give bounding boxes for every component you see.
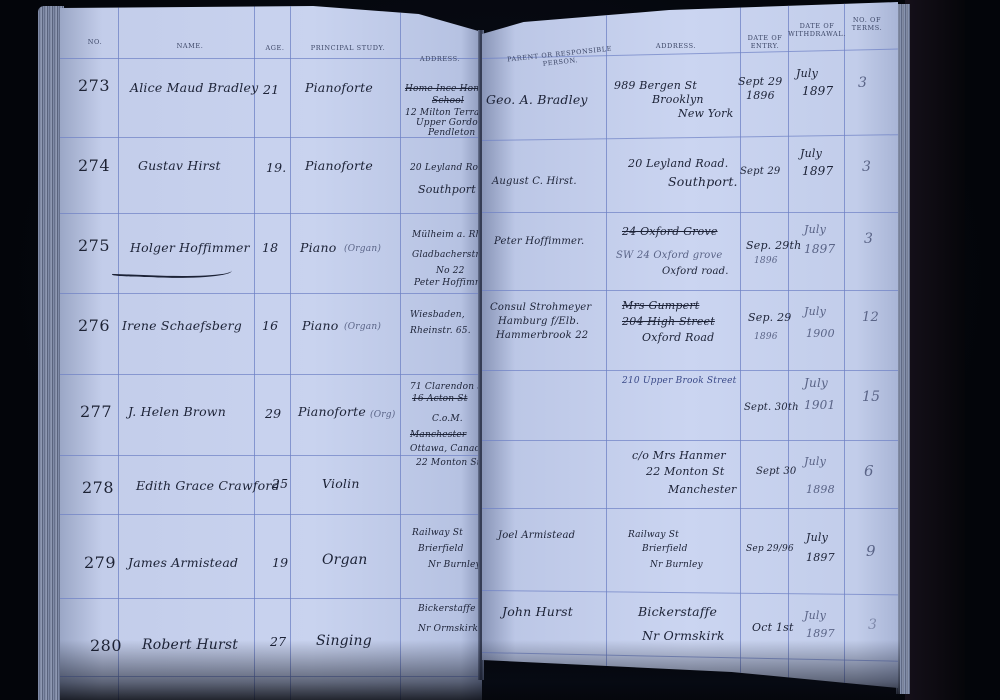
withdrawal-date: July	[806, 532, 828, 543]
parent-address-line: 210 Upper Brook Street	[622, 376, 736, 387]
address-line: 16 Acton St	[412, 394, 468, 405]
ruling-row	[60, 293, 482, 294]
ruling-row	[482, 134, 898, 141]
withdrawal-year: 1897	[804, 244, 835, 255]
header-date-of-entry: Date of Entry.	[744, 34, 786, 50]
withdrawal-date: July	[804, 378, 828, 389]
withdrawal-date: July	[804, 306, 826, 317]
withdrawal-year: 1897	[806, 628, 835, 639]
withdrawal-date: July	[804, 456, 826, 467]
study-note: (Org)	[370, 410, 395, 421]
parent-address-line: Hamburg f/Elb.	[498, 316, 579, 327]
address-line: School	[432, 96, 464, 107]
ruling-row	[60, 455, 482, 456]
student-name: James Armistead	[128, 555, 238, 570]
withdrawal-year: 1901	[804, 400, 835, 411]
student-age: 21	[263, 82, 279, 97]
principal-study: Singing	[316, 634, 372, 649]
ruling-row	[60, 598, 482, 599]
terms-count: 6	[864, 464, 874, 479]
address-line: Bickerstaffe	[418, 604, 476, 615]
address-line: No 22	[436, 266, 465, 277]
address-line: Ottawa, Canada	[410, 444, 482, 455]
parent-address-line: 989 Bergen St	[614, 80, 697, 91]
entry-date: Sept 30	[756, 466, 797, 477]
student-name: Irene Schaefsberg	[122, 318, 242, 333]
ruling-row	[482, 290, 898, 291]
ruling-name	[254, 0, 255, 700]
student-name: Holger Hoffimmer	[130, 240, 250, 255]
address-line: 20 Leyland Road	[410, 163, 482, 174]
parent-name: Geo. A. Bradley	[486, 92, 588, 107]
entry-date: Sep 29/96	[746, 544, 794, 555]
header-parent: Parent or Responsible Person.	[490, 43, 631, 74]
withdrawal-year: 1897	[802, 166, 833, 177]
header-no: No.	[80, 38, 110, 46]
address-line: Peter Hoffimmer	[414, 278, 482, 289]
entry-date-year: 1896	[754, 256, 778, 267]
student-name: Alice Maud Bradley	[130, 80, 258, 95]
address-line: Railway St	[412, 528, 463, 539]
parent-address-line: New York	[678, 108, 734, 119]
terms-count: 9	[866, 544, 876, 559]
ruling-address	[740, 0, 741, 700]
parent-address-line: Manchester	[668, 484, 737, 495]
parent-name: Consul Strohmeyer	[490, 302, 591, 313]
parent-address-line: Nr Burnley	[650, 560, 703, 571]
parent-address-line: 204 High Street	[622, 316, 715, 327]
entry-number: 280	[90, 636, 122, 655]
ledger-right-page: Parent or Responsible Person. Address. D…	[482, 0, 898, 700]
entry-date: Sep. 29th	[746, 240, 801, 251]
principal-study: Piano	[300, 240, 336, 255]
address-line: Home Ince Home	[405, 84, 482, 95]
ruling-row	[482, 370, 898, 371]
entry-date-year: 1896	[746, 90, 775, 101]
parent-name: Peter Hoffimmer.	[494, 236, 584, 247]
ruling-withdrawal	[844, 0, 845, 700]
header-principal-study: Principal Study.	[298, 44, 398, 52]
ruling-row	[60, 676, 482, 677]
entry-number: 275	[78, 236, 110, 255]
student-name: Robert Hurst	[142, 638, 238, 653]
parent-address-line: Southport.	[668, 174, 738, 189]
student-age: 25	[272, 476, 288, 491]
address-line: Nr Ormskirk	[418, 624, 478, 635]
ruling-row	[482, 508, 898, 509]
student-age: 27	[270, 634, 286, 649]
student-age: 16	[262, 318, 278, 333]
parent-name: Joel Armistead	[498, 530, 575, 541]
parent-address-line: Oxford Road	[642, 332, 714, 343]
page-edges-right	[896, 4, 910, 694]
address-line: Pendleton	[428, 128, 475, 139]
withdrawal-year: 1898	[806, 484, 835, 495]
entry-date: Sept. 30th	[744, 402, 799, 413]
header-name: Name.	[160, 42, 220, 50]
address-line: Brierfield	[418, 544, 464, 555]
entry-date: Sept 29	[740, 166, 781, 177]
terms-count: 3	[862, 160, 871, 175]
entry-date: Sept 29	[738, 76, 782, 87]
address-line: Mülheim a. Rh.	[412, 230, 482, 241]
parent-address-line: 24 Oxford Grove	[622, 226, 718, 237]
principal-study: Organ	[322, 553, 368, 568]
entry-number: 277	[80, 402, 112, 421]
parent-address-line: Railway St	[628, 530, 679, 541]
header-address: Address.	[410, 55, 470, 63]
parent-address-line: Bickerstaffe	[638, 604, 717, 619]
address-line: Rheinstr. 65.	[410, 326, 471, 337]
ruling-no	[118, 0, 119, 700]
principal-study: Violin	[322, 476, 360, 491]
terms-count: 15	[862, 390, 880, 405]
withdrawal-date: July	[800, 148, 822, 159]
ruling-row	[60, 137, 482, 138]
parent-address-line: Brierfield	[642, 544, 688, 555]
ruling-row	[60, 213, 482, 214]
student-age: 29	[265, 406, 281, 421]
withdrawal-year: 1897	[806, 552, 835, 563]
header-no-of-terms: No. of Terms.	[846, 16, 888, 32]
parent-address-line: Oxford road.	[662, 266, 729, 277]
parent-name: John Hurst	[502, 604, 573, 619]
ruling-row	[482, 440, 898, 441]
ruling-study	[400, 0, 401, 700]
ruling-row	[482, 652, 898, 662]
terms-count: 3	[864, 232, 873, 247]
withdrawal-year: 1900	[806, 328, 835, 339]
header-age: Age.	[260, 44, 290, 52]
terms-count: 3	[858, 76, 867, 91]
entry-number: 274	[78, 156, 110, 175]
ruling-row	[482, 590, 898, 595]
terms-count: 12	[862, 310, 879, 325]
ledger-left-page: No. Name. Age. Principal Study. Address.…	[60, 0, 482, 700]
ruling-row	[60, 514, 482, 515]
entry-number: 278	[82, 478, 114, 497]
entry-number: 273	[78, 76, 110, 95]
withdrawal-date: July	[804, 224, 826, 235]
address-line: Southport	[418, 184, 476, 195]
withdrawal-year: 1897	[802, 86, 833, 97]
ruling-parent	[606, 0, 607, 700]
book-cover-right	[905, 0, 965, 700]
parent-address-line: 22 Monton St	[646, 466, 724, 477]
study-note: (Organ)	[344, 244, 381, 255]
student-name: J. Helen Brown	[128, 404, 226, 419]
student-name: Gustav Hirst	[138, 158, 221, 173]
signature-flourish	[112, 260, 232, 280]
student-name: Edith Grace Crawford	[136, 478, 280, 493]
entry-date-year: 1896	[754, 332, 778, 343]
address-line: 22 Monton St	[416, 458, 481, 469]
parent-address-line: Brooklyn	[652, 94, 704, 105]
address-line: Gladbacherstrasse	[412, 250, 482, 261]
address-line: Manchester	[410, 430, 466, 441]
principal-study: Piano	[302, 318, 338, 333]
terms-count: 3	[868, 618, 877, 633]
address-line: Wiesbaden,	[410, 310, 465, 321]
entry-number: 279	[84, 553, 116, 572]
student-age: 19	[272, 555, 288, 570]
parent-address-line: SW 24 Oxford grove	[616, 250, 723, 261]
principal-study: Pianoforte	[305, 158, 373, 173]
entry-number: 276	[78, 316, 110, 335]
parent-address-line: Nr Ormskirk	[642, 628, 725, 643]
student-age: 19.	[266, 160, 286, 175]
principal-study: Pianoforte	[298, 404, 366, 419]
withdrawal-date: July	[796, 68, 818, 79]
ruling-row	[60, 374, 482, 375]
parent-address-line: c/o Mrs Hanmer	[632, 450, 726, 461]
address-line: Nr Burnley	[428, 560, 481, 571]
withdrawal-date: July	[804, 610, 826, 621]
entry-date: Oct 1st	[752, 622, 794, 633]
principal-study: Pianoforte	[305, 80, 373, 95]
address-line: C.o.M.	[432, 414, 463, 425]
header-date-of-withdrawal: Date of Withdrawal.	[788, 22, 846, 38]
ruling-entry	[788, 0, 789, 700]
parent-name: August C. Hirst.	[492, 176, 577, 187]
study-note: (Organ)	[344, 322, 381, 333]
header-parent-address: Address.	[646, 42, 706, 50]
ruling-row	[482, 212, 898, 213]
ruling-age	[290, 0, 291, 700]
address-line: 71 Clarendon St	[410, 382, 482, 393]
parent-address-line: Hammerbrook 22	[496, 330, 588, 341]
parent-address-line: 20 Leyland Road.	[628, 158, 728, 169]
entry-date: Sep. 29	[748, 312, 791, 323]
student-age: 18	[262, 240, 278, 255]
parent-address-line: Mrs Gumpert	[622, 300, 699, 311]
